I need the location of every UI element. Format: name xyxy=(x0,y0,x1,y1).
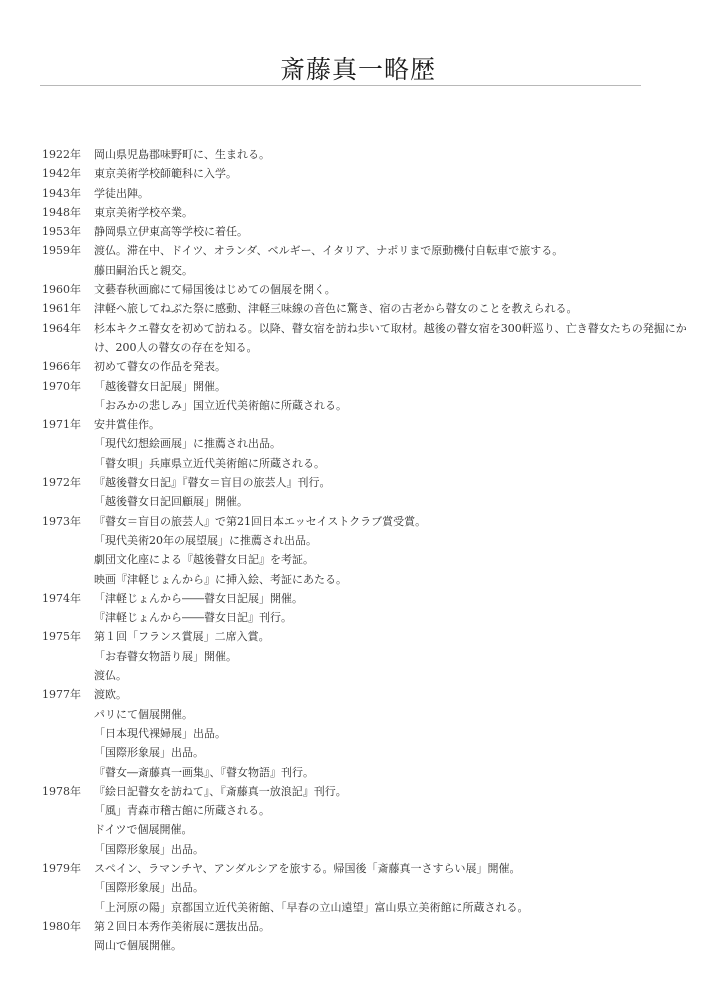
entry-year: 1980年 xyxy=(42,917,94,936)
event-text: 藤田嗣治氏と親交。 xyxy=(94,261,682,280)
event-text: 「瞽女唄」兵庫県立近代美術館に所蔵される。 xyxy=(94,454,682,473)
event-text: 文藝春秋画廊にて帰国後はじめての個展を開く。 xyxy=(94,280,682,299)
entry-events: 学徒出陣。 xyxy=(94,184,682,203)
timeline-entry: 1970年「越後瞽女日記展」開催。「おみかの悲しみ」国立近代美術館に所蔵される。 xyxy=(42,377,682,416)
event-text: 「国際形象展」出品。 xyxy=(94,878,682,897)
entry-year: 1966年 xyxy=(42,357,94,376)
timeline-entry: 1961年津軽へ旅してねぶた祭に感動、津軽三味線の音色に驚き、宿の古老から瞽女の… xyxy=(42,299,682,318)
timeline-entry: 1964年杉本キクエ瞽女を初めて訪ねる。以降、瞽女宿を訪ね歩いて取材。越後の瞽女… xyxy=(42,319,682,358)
event-text: 『越後瞽女日記』『瞽女＝盲目の旅芸人』刊行。 xyxy=(94,473,682,492)
timeline-entry: 1948年東京美術学校卒業。 xyxy=(42,203,682,222)
entry-year: 1942年 xyxy=(42,164,94,183)
event-text: 「上河原の陽」京都国立近代美術館、「早春の立山遠望」富山県立美術館に所蔵される。 xyxy=(94,898,682,917)
entry-events: 「越後瞽女日記展」開催。「おみかの悲しみ」国立近代美術館に所蔵される。 xyxy=(94,377,682,416)
event-text: 東京美術学校卒業。 xyxy=(94,203,682,222)
event-text: 杉本キクエ瞽女を初めて訪ねる。以降、瞽女宿を訪ね歩いて取材。越後の瞽女宿を300… xyxy=(94,319,687,338)
event-text: 「お春瞽女物語り展」開催。 xyxy=(94,647,682,666)
event-text: スペイン、ラマンチヤ、アンダルシアを旅する。帰国後「斎藤真一さすらい展」開催。 xyxy=(94,859,682,878)
entry-events: 文藝春秋画廊にて帰国後はじめての個展を開く。 xyxy=(94,280,682,299)
timeline-entry: 1942年東京美術学校師範科に入学。 xyxy=(42,164,682,183)
event-text: 『絵日記瞽女を訪ねて』、『斎藤真一放浪記』刊行。 xyxy=(94,782,682,801)
timeline-entry: 1975年第１回「フランス賞展」二席入賞。「お春瞽女物語り展」開催。渡仏。 xyxy=(42,627,682,685)
timeline-entry: 1979年スペイン、ラマンチヤ、アンダルシアを旅する。帰国後「斎藤真一さすらい展… xyxy=(42,859,682,917)
timeline-entry: 1953年静岡県立伊東高等学校に着任。 xyxy=(42,222,682,241)
event-text: 渡仏。 xyxy=(94,666,682,685)
timeline-entry: 1960年文藝春秋画廊にて帰国後はじめての個展を開く。 xyxy=(42,280,682,299)
page-title: 斎藤真一略歴 xyxy=(0,50,716,86)
entry-events: 渡欧。パリにて個展開催。「日本現代裸婦展」出品。「国際形象展」出品。『瞽女―斎藤… xyxy=(94,685,682,781)
entry-events: 東京美術学校卒業。 xyxy=(94,203,682,222)
event-text: 映画『津軽じょんから』に挿入絵、考証にあたる。 xyxy=(94,570,682,589)
event-text: 初めて瞽女の作品を発表。 xyxy=(94,357,682,376)
event-text: 「越後瞽女日記展」開催。 xyxy=(94,377,682,396)
event-text: 東京美術学校師範科に入学。 xyxy=(94,164,682,183)
entry-year: 1959年 xyxy=(42,241,94,260)
event-text: 岡山県児島郡味野町に、生まれる。 xyxy=(94,145,682,164)
entry-events: 初めて瞽女の作品を発表。 xyxy=(94,357,682,376)
title-divider xyxy=(40,85,641,86)
entry-events: 第１回「フランス賞展」二席入賞。「お春瞽女物語り展」開催。渡仏。 xyxy=(94,627,682,685)
event-text: 「日本現代裸婦展」出品。 xyxy=(94,724,682,743)
entry-year: 1964年 xyxy=(42,319,94,338)
entry-year: 1971年 xyxy=(42,415,94,434)
timeline-entry: 1943年学徒出陣。 xyxy=(42,184,682,203)
timeline-entry: 1959年渡仏。滞在中、ドイツ、オランダ、ベルギー、イタリア、ナポリまで原動機付… xyxy=(42,241,682,280)
entry-year: 1977年 xyxy=(42,685,94,704)
event-text: 『瞽女―斎藤真一画集』、『瞽女物語』刊行。 xyxy=(94,763,682,782)
entry-events: 『越後瞽女日記』『瞽女＝盲目の旅芸人』刊行。「越後瞽女日記回顧展」開催。 xyxy=(94,473,682,512)
event-text: 「現代幻想絵画展」に推薦され出品。 xyxy=(94,434,682,453)
event-text: 渡欧。 xyxy=(94,685,682,704)
event-text: 『津軽じょんから――瞽女日記』刊行。 xyxy=(94,608,682,627)
event-text: 第２回日本秀作美術展に選抜出品。 xyxy=(94,917,682,936)
event-text: 「現代美術20年の展望展」に推薦され出品。 xyxy=(94,531,682,550)
event-text: 学徒出陣。 xyxy=(94,184,682,203)
entry-events: 津軽へ旅してねぶた祭に感動、津軽三味線の音色に驚き、宿の古老から瞽女のことを教え… xyxy=(94,299,682,318)
event-text: 「国際形象展」出品。 xyxy=(94,840,682,859)
entry-year: 1970年 xyxy=(42,377,94,396)
entry-events: 静岡県立伊東高等学校に着任。 xyxy=(94,222,682,241)
biography-timeline: 1922年岡山県児島郡味野町に、生まれる。1942年東京美術学校師範科に入学。1… xyxy=(42,145,682,955)
entry-events: 杉本キクエ瞽女を初めて訪ねる。以降、瞽女宿を訪ね歩いて取材。越後の瞽女宿を300… xyxy=(94,319,687,358)
entry-year: 1961年 xyxy=(42,299,94,318)
timeline-entry: 1980年第２回日本秀作美術展に選抜出品。岡山で個展開催。 xyxy=(42,917,682,956)
entry-year: 1948年 xyxy=(42,203,94,222)
timeline-entry: 1922年岡山県児島郡味野町に、生まれる。 xyxy=(42,145,682,164)
event-text: 劇団文化座による『越後瞽女日記』を考証。 xyxy=(94,550,682,569)
entry-year: 1972年 xyxy=(42,473,94,492)
timeline-entry: 1978年『絵日記瞽女を訪ねて』、『斎藤真一放浪記』刊行。「風」青森市稽古館に所… xyxy=(42,782,682,859)
event-text: 『瞽女＝盲目の旅芸人』で第21回日本エッセイストクラブ賞受賞。 xyxy=(94,512,682,531)
event-text: ドイツで個展開催。 xyxy=(94,820,682,839)
entry-events: スペイン、ラマンチヤ、アンダルシアを旅する。帰国後「斎藤真一さすらい展」開催。「… xyxy=(94,859,682,917)
event-text: 第１回「フランス賞展」二席入賞。 xyxy=(94,627,682,646)
event-text: け、200人の瞽女の存在を知る。 xyxy=(94,338,687,357)
entry-events: 安井賞佳作。「現代幻想絵画展」に推薦され出品。「瞽女唄」兵庫県立近代美術館に所蔵… xyxy=(94,415,682,473)
event-text: 渡仏。滞在中、ドイツ、オランダ、ベルギー、イタリア、ナポリまで原動機付自転車で旅… xyxy=(94,241,682,260)
entry-year: 1960年 xyxy=(42,280,94,299)
entry-year: 1979年 xyxy=(42,859,94,878)
entry-year: 1973年 xyxy=(42,512,94,531)
event-text: パリにて個展開催。 xyxy=(94,705,682,724)
entry-events: 『瞽女＝盲目の旅芸人』で第21回日本エッセイストクラブ賞受賞。「現代美術20年の… xyxy=(94,512,682,589)
timeline-entry: 1966年初めて瞽女の作品を発表。 xyxy=(42,357,682,376)
entry-year: 1922年 xyxy=(42,145,94,164)
entry-events: 岡山県児島郡味野町に、生まれる。 xyxy=(94,145,682,164)
entry-year: 1974年 xyxy=(42,589,94,608)
event-text: 津軽へ旅してねぶた祭に感動、津軽三味線の音色に驚き、宿の古老から瞽女のことを教え… xyxy=(94,299,682,318)
event-text: 岡山で個展開催。 xyxy=(94,936,682,955)
entry-events: 渡仏。滞在中、ドイツ、オランダ、ベルギー、イタリア、ナポリまで原動機付自転車で旅… xyxy=(94,241,682,280)
entry-year: 1953年 xyxy=(42,222,94,241)
entry-year: 1978年 xyxy=(42,782,94,801)
event-text: 「国際形象展」出品。 xyxy=(94,743,682,762)
entry-events: 「津軽じょんから――瞽女日記展」開催。『津軽じょんから――瞽女日記』刊行。 xyxy=(94,589,682,628)
timeline-entry: 1974年「津軽じょんから――瞽女日記展」開催。『津軽じょんから――瞽女日記』刊… xyxy=(42,589,682,628)
entry-year: 1943年 xyxy=(42,184,94,203)
entry-events: 第２回日本秀作美術展に選抜出品。岡山で個展開催。 xyxy=(94,917,682,956)
entry-events: 『絵日記瞽女を訪ねて』、『斎藤真一放浪記』刊行。「風」青森市稽古館に所蔵される。… xyxy=(94,782,682,859)
event-text: 「津軽じょんから――瞽女日記展」開催。 xyxy=(94,589,682,608)
entry-events: 東京美術学校師範科に入学。 xyxy=(94,164,682,183)
event-text: 「風」青森市稽古館に所蔵される。 xyxy=(94,801,682,820)
timeline-entry: 1973年『瞽女＝盲目の旅芸人』で第21回日本エッセイストクラブ賞受賞。「現代美… xyxy=(42,512,682,589)
event-text: 「越後瞽女日記回顧展」開催。 xyxy=(94,492,682,511)
event-text: 安井賞佳作。 xyxy=(94,415,682,434)
entry-year: 1975年 xyxy=(42,627,94,646)
event-text: 静岡県立伊東高等学校に着任。 xyxy=(94,222,682,241)
timeline-entry: 1971年安井賞佳作。「現代幻想絵画展」に推薦され出品。「瞽女唄」兵庫県立近代美… xyxy=(42,415,682,473)
timeline-entry: 1977年渡欧。パリにて個展開催。「日本現代裸婦展」出品。「国際形象展」出品。『… xyxy=(42,685,682,781)
event-text: 「おみかの悲しみ」国立近代美術館に所蔵される。 xyxy=(94,396,682,415)
timeline-entry: 1972年『越後瞽女日記』『瞽女＝盲目の旅芸人』刊行。「越後瞽女日記回顧展」開催… xyxy=(42,473,682,512)
